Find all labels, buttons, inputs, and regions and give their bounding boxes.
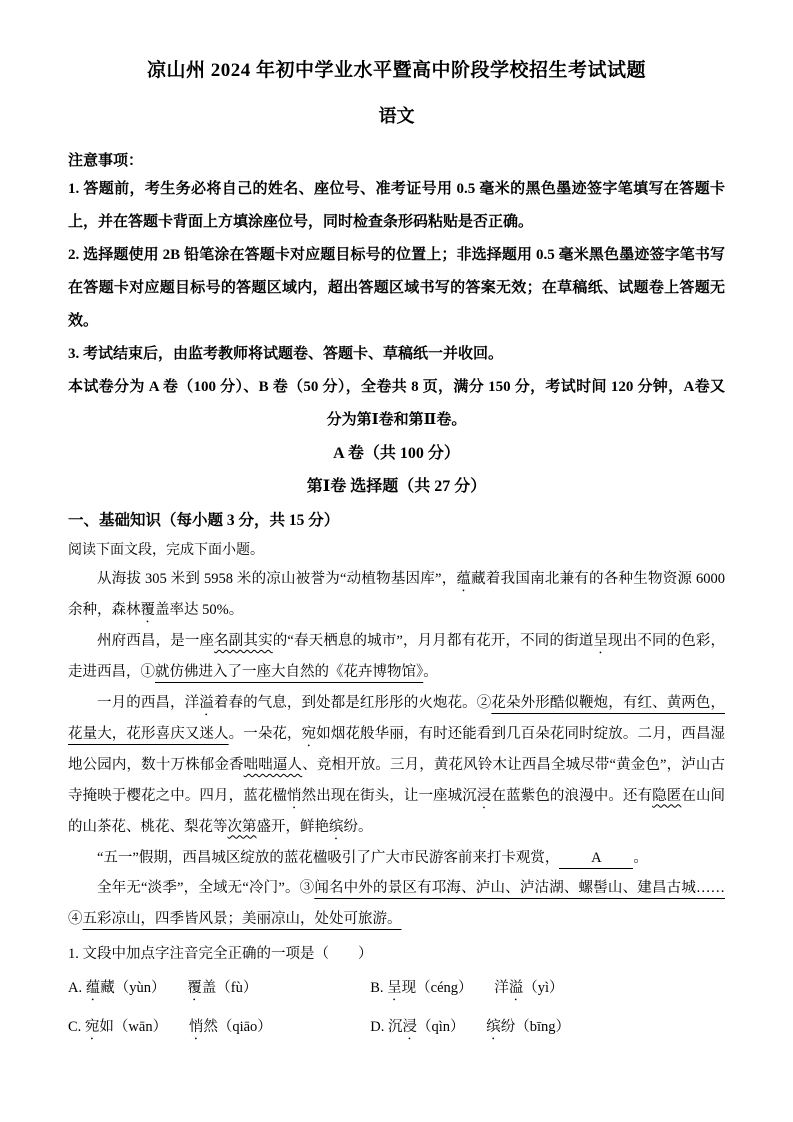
- emphasis-dot-segment: 蕴: [86, 980, 101, 996]
- text-segment: 在蓝紫色的浪漫中。还有: [492, 788, 653, 804]
- emphasis-dot-segment: 宛: [85, 1019, 100, 1035]
- emphasis-blank-segment: A: [559, 849, 633, 869]
- emphasis-dot-segment: 溢: [199, 695, 214, 711]
- notice-item-1: 1. 答题前，考生务必将自己的姓名、座位号、准考证号用 0.5 毫米的黑色墨迹签…: [68, 173, 725, 239]
- text-segment: B.: [370, 980, 387, 996]
- text-segment: 然（qiāo）: [203, 1019, 271, 1035]
- text-segment: 着春的气息，到处都是红彤彤的火炮花。②: [214, 695, 492, 711]
- text-segment: 。一朵花，: [229, 726, 302, 742]
- text-segment: 盖（fù）: [202, 980, 258, 996]
- emphasis-line-segment: 就仿佛进入了一座大自然的《花卉博物馆》: [155, 664, 423, 680]
- emphasis-dot-segment: 缤: [486, 1019, 501, 1035]
- text-segment: 一月的西昌，洋: [97, 695, 199, 711]
- reading-passage: 从海拔 305 米到 5958 米的凉山被誉为“动植物基因库”，蕴藏着我国南北兼…: [68, 564, 725, 935]
- text-segment: 州府西昌，是一座: [97, 633, 214, 649]
- passage-paragraph-4: “五一”假期，西昌城区绽放的蓝花楹吸引了广大市民游客前来打卡观赏，A。: [68, 843, 725, 874]
- emphasis-dot-segment: 覆: [187, 980, 202, 996]
- emphasis-line-segment: 五彩凉山，四季皆风景；美丽凉山，处处可旅游。: [83, 911, 402, 927]
- text-segment: 然出现在街头，让一座城沉: [302, 788, 477, 804]
- section-a-heading: A 卷（共 100 分）: [68, 438, 725, 470]
- question1-stem: 1. 文段中加点字注音完全正确的一项是（ ）: [68, 938, 725, 971]
- passage-paragraph-1: 从海拔 305 米到 5958 米的凉山被誉为“动植物基因库”，蕴藏着我国南北兼…: [68, 564, 725, 626]
- emphasis-dot-segment: 缤: [329, 819, 344, 835]
- text-segment: 全年无“淡季”，全域无“冷门”。③: [97, 880, 314, 896]
- text-segment: 盛开，鲜艳: [257, 819, 330, 835]
- emphasis-line-segment: 闻名中外的景区有邛海、泸山、泸沽湖、螺髻山、建昌古城……: [314, 880, 725, 896]
- emphasis-dot-segment: 浸: [402, 1019, 417, 1035]
- option-a: A. 蕴藏（yùn） 覆盖（fù）: [68, 972, 370, 1005]
- text-segment: 藏（yùn）: [100, 980, 187, 996]
- option-c: C. 宛如（wān） 悄然（qiāo）: [68, 1011, 370, 1044]
- emphasis-dot-segment: 呈: [593, 633, 608, 649]
- emphasis-dot-segment: 呈: [387, 980, 402, 996]
- volume-note: 本试卷分为 A 卷（100 分）、B 卷（50 分），全卷共 8 页，满分 15…: [68, 371, 725, 437]
- text-segment: A.: [68, 980, 86, 996]
- text-segment: D. 沉: [370, 1019, 402, 1035]
- text-segment: 的“春天栖息的城市”，月月都有花开，不同的街道: [273, 633, 594, 649]
- text-segment: 纷。: [344, 819, 373, 835]
- option-b: B. 呈现（céng） 洋溢（yì）: [370, 972, 725, 1005]
- text-segment: 如（wān）: [99, 1019, 188, 1035]
- passage-paragraph-3: 一月的西昌，洋溢着春的气息，到处都是红彤彤的火炮花。②花朵外形酷似鞭炮，有红、黄…: [68, 688, 725, 843]
- emphasis-dot-segment: 宛: [302, 726, 317, 742]
- option-d: D. 沉浸（qìn） 缤纷（bīng）: [370, 1011, 725, 1044]
- passage-intro: 阅读下面文段，完成下面小题。: [68, 538, 725, 565]
- text-segment: 。: [423, 664, 438, 680]
- emphasis-wavy-segment: 隐匿: [652, 788, 681, 804]
- emphasis-dot-segment: 溢: [509, 980, 524, 996]
- passage-paragraph-5: 全年无“淡季”，全域无“冷门”。③闻名中外的景区有邛海、泸山、泸沽湖、螺髻山、建…: [68, 873, 725, 934]
- text-segment: C.: [68, 1019, 85, 1035]
- text-segment: 纷（bīng）: [501, 1019, 570, 1035]
- emphasis-wavy-segment: 咄咄逼人: [244, 757, 303, 773]
- text-segment: （qìn）: [417, 1019, 486, 1035]
- subject-title: 语文: [68, 102, 725, 128]
- emphasis-dot-segment: 悄: [287, 788, 302, 804]
- emphasis-dot-segment: 悄: [189, 1019, 204, 1035]
- part1-heading: 第Ⅰ卷 选择题（共 27 分）: [68, 471, 725, 503]
- text-segment: 从海拔 305 米到 5958 米的凉山被誉为“动植物基因库”，: [97, 571, 456, 587]
- emphasis-dot-segment: 浸: [477, 788, 492, 804]
- question1-options: A. 蕴藏（yùn） 覆盖（fù） B. 呈现（céng） 洋溢（yì） C. …: [68, 972, 725, 1043]
- text-segment: （yì）: [523, 980, 563, 996]
- text-segment: 现（céng） 洋: [402, 980, 509, 996]
- emphasis-wavy-segment: 次第: [228, 819, 257, 835]
- emphasis-wavy-segment: 名副其实: [214, 633, 273, 649]
- text-segment: “五一”假期，西昌城区绽放的蓝花楹吸引了广大市民游客前来打卡观赏，: [97, 850, 559, 866]
- notice-heading: 注意事项：: [68, 149, 725, 173]
- text-segment: ④: [68, 911, 83, 927]
- emphasis-dot-segment: 蕴: [456, 571, 471, 587]
- text-segment: 。: [633, 850, 648, 866]
- page-title: 凉山州 2024 年初中学业水平暨高中阶段学校招生考试试题: [68, 58, 725, 85]
- notice-item-2: 2. 选择题使用 2B 铅笔涂在答题卡对应题目标号的位置上；非选择题用 0.5 …: [68, 239, 725, 338]
- exam-paper-page: 凉山州 2024 年初中学业水平暨高中阶段学校招生考试试题 语文 注意事项： 1…: [0, 0, 793, 1122]
- notice-item-3: 3. 考试结束后，由监考教师将试题卷、答题卡、草稿纸一并收回。: [68, 338, 725, 371]
- passage-paragraph-2: 州府西昌，是一座名副其实的“春天栖息的城市”，月月都有花开，不同的街道呈现出不同…: [68, 626, 725, 688]
- text-segment: 盖率达 50%。: [155, 602, 243, 618]
- basics-heading: 一、基础知识（每小题 3 分，共 15 分）: [68, 505, 725, 536]
- emphasis-dot-segment: 覆: [141, 602, 156, 618]
